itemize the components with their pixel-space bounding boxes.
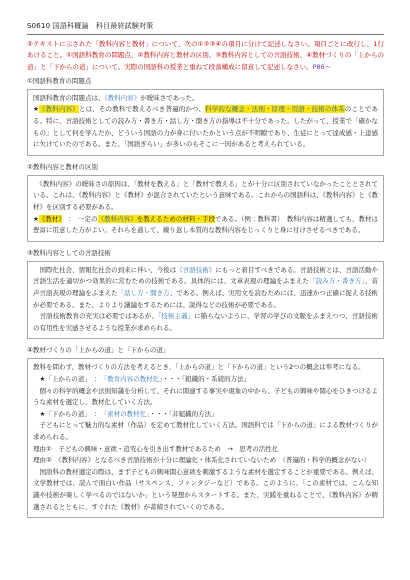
section-1-problem-points: ①国語科教育の問題点 国語科教育の問題点は、《教科内容》が曖昧さであった。★《教… [27, 77, 384, 156]
exam-question-text: ②テキストに示された「教科内容と教材」について、次の①②③④の項目に分けて記述し… [27, 39, 384, 73]
section-heading: ③教科内容としての言語技術 [27, 249, 384, 258]
answer-paragraph: 理由② 《教科内容》となるべき言語技術が十分に理論化・体系化されていないため （… [33, 455, 378, 467]
answer-box: 国語科教育の問題点は、《教科内容》が曖昧さであった。★《教科内容》とは、その教科… [27, 89, 384, 156]
text-segment: 国際化社会、情報化社会の到来に伴い、今後は [33, 266, 176, 274]
text-segment: P86〜 [313, 63, 332, 71]
text-segment: 理由② 《教科内容》となるべき言語技術が十分に理論化・体系化されていないため （… [33, 456, 370, 464]
answer-paragraph: 言語技術教育の充実は必要ではあるが、「技術主義」に陥らないように、学習の学びの文… [33, 311, 378, 334]
text-segment: 《教材》 [39, 215, 62, 223]
section-heading: ④教材づくりの「上からの道」と「下からの道」 [27, 346, 384, 355]
section-3-language-skills: ③教科内容としての言語技術 国際化社会、情報化社会の到来に伴い、今後は《言語技術… [27, 249, 384, 340]
answer-paragraph: ★「下からの道」 ： 「素材の教材化」・・・「非組織的方法」 [33, 409, 378, 421]
text-segment: 《教科内容》 [98, 215, 137, 223]
answer-paragraph: 《教科内容》の曖昧さの原因は、「教材を教える」と「教材で教える」とが十分に区別さ… [33, 179, 378, 214]
text-segment: 個々の科学的概念や法則知識を分析して、それに関連する事実や現象の中から、子どもの… [33, 387, 378, 407]
text-segment: 理由① 子どもの興味・意欲・追究心を引き出す教材であるため → 思考の活性化 [33, 445, 278, 453]
answer-paragraph: ★《教科内容》とは、その教科で教えるべき普遍的かつ、科学的な概念・法則・原理・用… [33, 104, 378, 150]
text-segment: 「教育内容の教材化」 [104, 375, 163, 383]
section-2-content-vs-materials: ②教科内容と教材の区別 《教科内容》の曖昧さの原因は、「教材を教える」と「教材で… [27, 163, 384, 242]
answer-box: 国際化社会、情報化社会の到来に伴い、今後は《言語技術》にもっと着目すべきである。… [27, 261, 384, 340]
text-segment: 科学的な概念・法則・原理・用語・技術の体系 [205, 105, 345, 113]
document-page: S0610 国語科概論 科目最終試験対策 ②テキストに示された「教科内容と教材」… [0, 0, 410, 580]
title-divider [27, 34, 384, 35]
section-4-material-making: ④教材づくりの「上からの道」と「下からの道」 教科を問わず、教材づくりの方法を考… [27, 346, 384, 518]
text-segment: 言語技術教育の充実は必要ではあるが、 [33, 312, 158, 320]
text-segment: 「話し方・聞き方」 [118, 289, 177, 297]
text-segment: ・・・「組織的・系統的方法」 [162, 375, 250, 383]
text-segment: 《言語技術》 [176, 266, 215, 274]
answer-paragraph: 子どもにとって魅力的な素材（作品）を定めて教材化していく方法。国語科では「下から… [33, 420, 378, 443]
answer-paragraph: 国語科教育の問題点は、《教科内容》が曖昧さであった。 [33, 93, 378, 105]
text-segment: 「素材の教材化」 [104, 410, 150, 418]
document-title: S0610 国語科概論 科目最終試験対策 [27, 22, 384, 31]
text-segment: が曖昧さであった。 [140, 94, 198, 102]
text-segment: 国語科の教材選定の際は、まず子どもの興味関心意欲を刺激するような素材を選定するこ… [33, 468, 378, 511]
answer-paragraph: 個々の科学的概念や法則知識を分析して、それに関連する事実や現象の中から、子どもの… [33, 386, 378, 409]
answer-paragraph: ★「上からの道」 ： 「教育内容の教材化」・・・「組織的・系統的方法」 [33, 374, 378, 386]
answer-paragraph: 理由① 子どもの興味・意欲・追究心を引き出す教材であるため → 思考の活性化 [33, 444, 378, 456]
text-segment: 《教科内容》 [105, 94, 141, 102]
exam-question: ②テキストに示された「教科内容と教材」について、次の①②③④の項目に分けて記述し… [27, 39, 384, 73]
text-segment: ・・・「非組織的方法」 [149, 410, 217, 418]
text-segment: 《教科内容》 [39, 105, 79, 113]
text-segment: 教科を問わず、教材づくりの方法を考えるとき、「上からの道」と「下からの道」という… [33, 363, 365, 371]
text-segment: を教えるための材料・手段 [137, 215, 215, 223]
section-heading: ②教科内容と教材の区別 [27, 163, 384, 172]
text-segment: 国語科教育の問題点は、 [33, 94, 105, 102]
text-segment: 「読み方・書き方」 [309, 277, 365, 285]
text-segment: ★「上からの道」 ： [33, 375, 104, 383]
answer-paragraph: 国際化社会、情報化社会の到来に伴い、今後は《言語技術》にもっと着目すべきである。… [33, 265, 378, 311]
text-segment: ： 一定の [62, 215, 98, 223]
answer-paragraph: ★《教材》 ： 一定の《教科内容》を教えるための材料・手段である。（例：教科書）… [33, 214, 378, 237]
text-segment: 子どもにとって魅力的な素材（作品）を定めて教材化していく方法。国語科では「下から… [33, 421, 378, 441]
text-segment: 「技術主義」 [158, 312, 194, 320]
answer-paragraph: 国語科の教材選定の際は、まず子どもの興味関心意欲を刺激するような素材を選定するこ… [33, 467, 378, 513]
text-segment: ★「下からの道」 ： [33, 410, 104, 418]
text-segment: とは、その教科で教えるべき普遍的かつ、 [79, 105, 205, 113]
section-heading: ①国語科教育の問題点 [27, 77, 384, 86]
text-segment: 《教科内容》の曖昧さの原因は、「教材を教える」と「教材で教える」とが十分に区別さ… [33, 180, 378, 211]
answer-paragraph: 教科を問わず、教材づくりの方法を考えるとき、「上からの道」と「下からの道」という… [33, 362, 378, 374]
text-segment: ★ [33, 215, 39, 223]
answer-box: 教科を問わず、教材づくりの方法を考えるとき、「上からの道」と「下からの道」という… [27, 358, 384, 518]
answer-box: 《教科内容》の曖昧さの原因は、「教材を教える」と「教材で教える」とが十分に区別さ… [27, 175, 384, 242]
